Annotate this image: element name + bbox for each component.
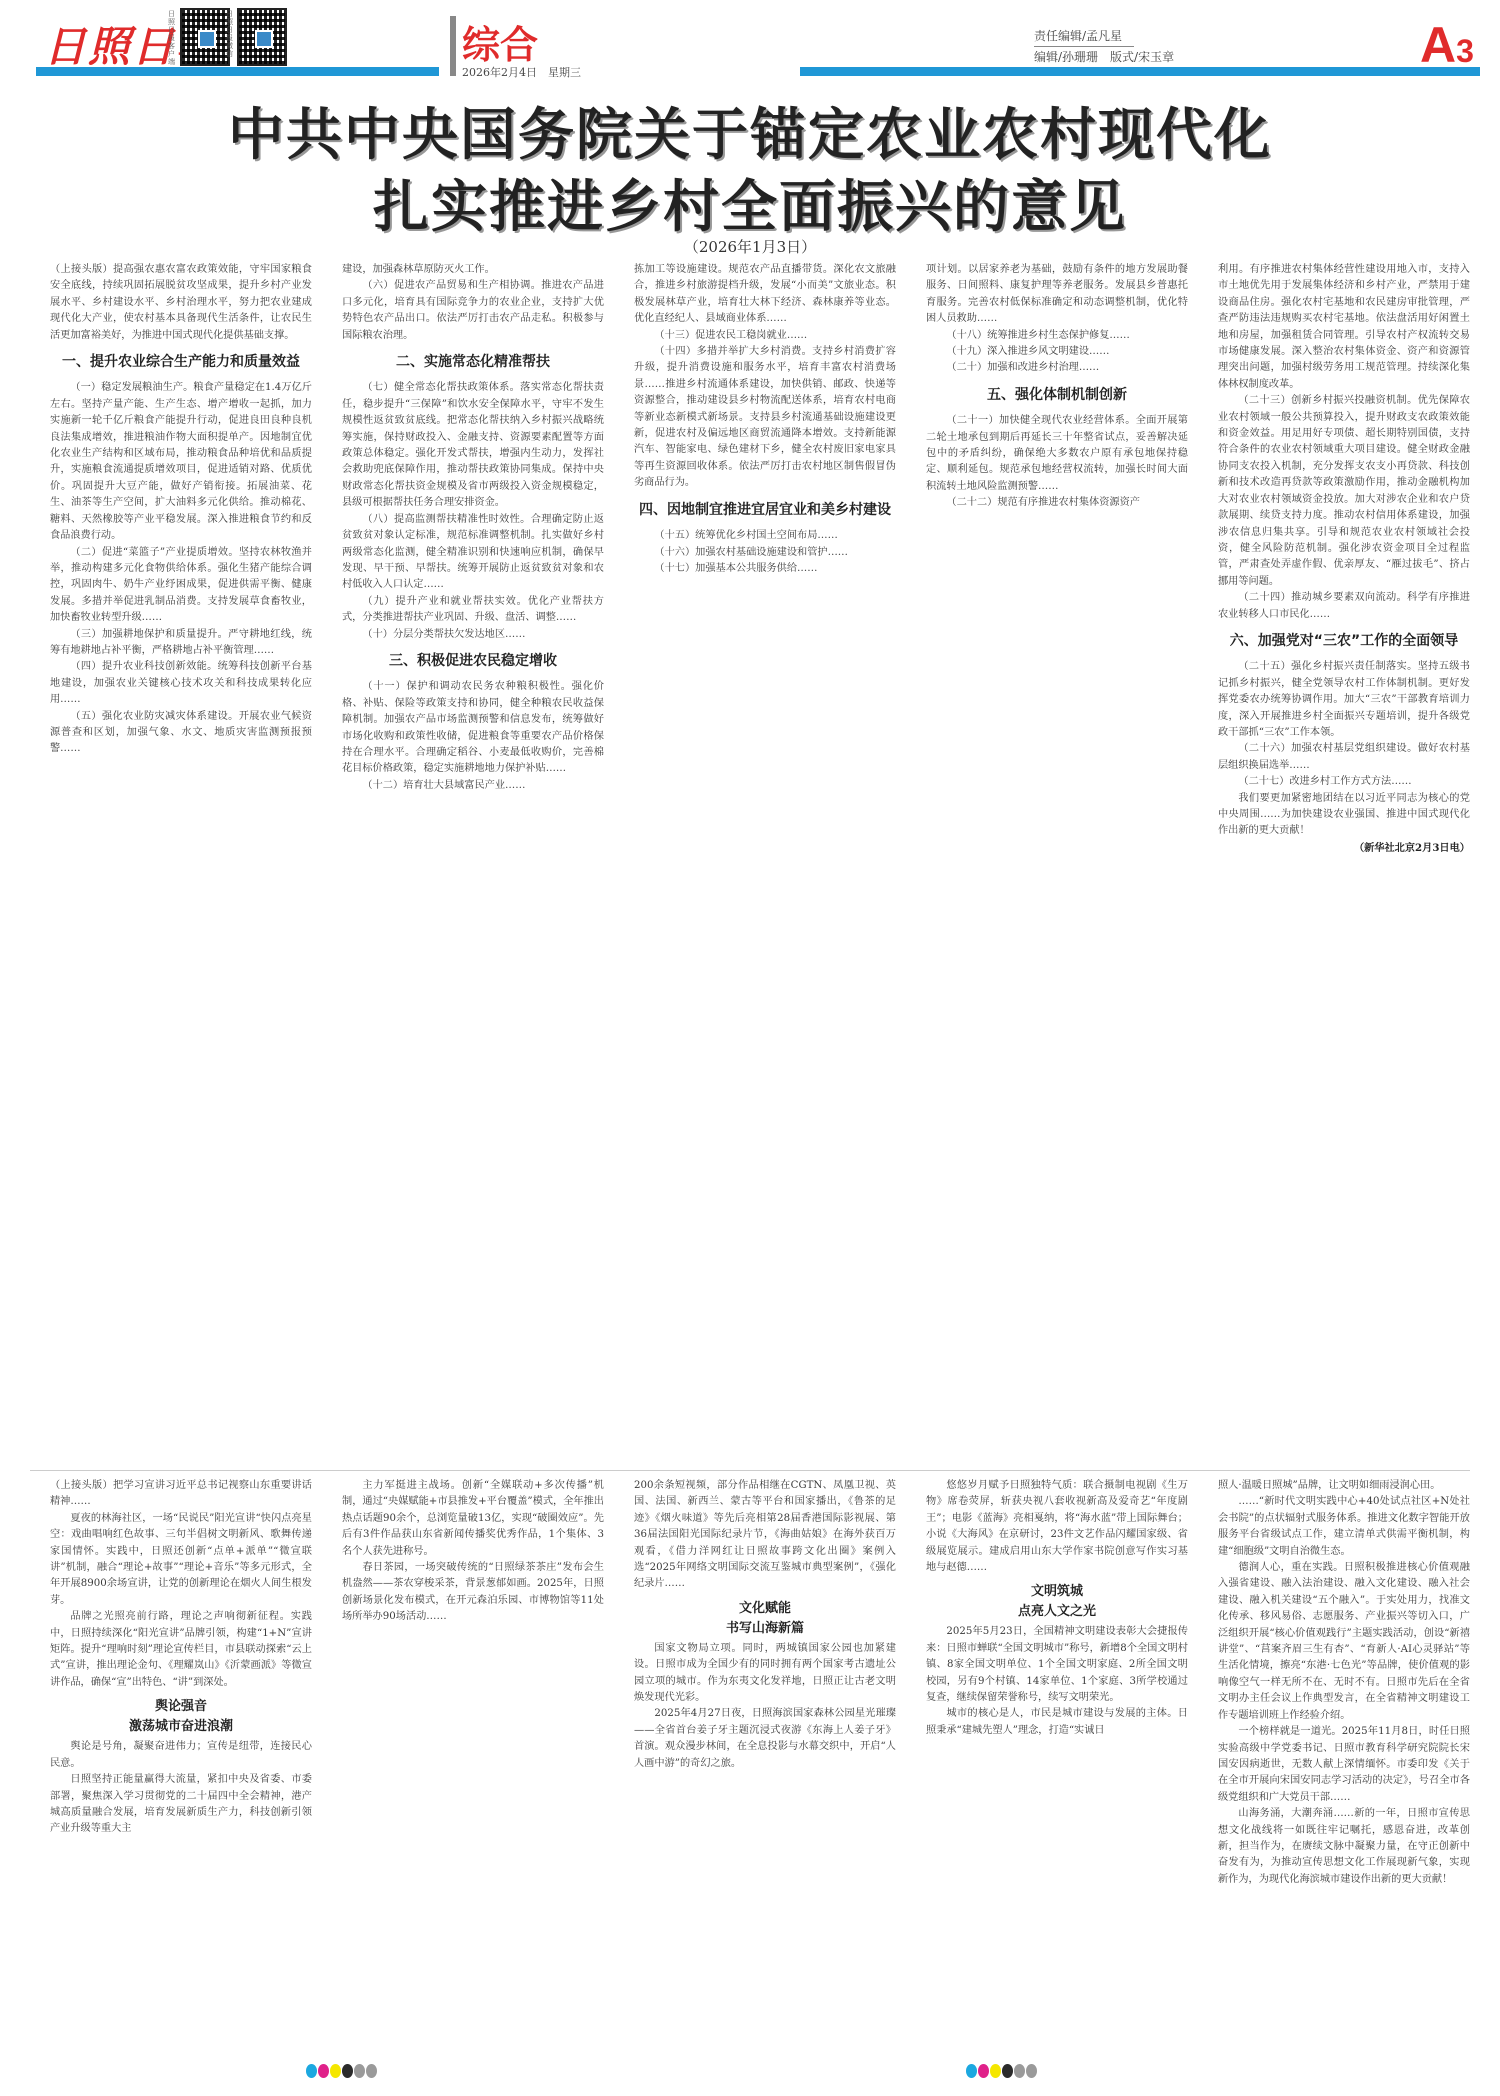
lower-column-4: 悠悠岁月赋予日照独特气质：联合摄制电视剧《生万物》席卷荧屏，斩获央视八套收视新高… xyxy=(926,1478,1188,2048)
section-heading: 四、因地制宜推进宜居宜业和美乡村建设 xyxy=(634,502,896,518)
page-number: A3 xyxy=(1420,16,1474,74)
lower-column-5: 照人·温暖日照城”品牌，让文明如细雨浸润心田。 ……“新时代文明实践中心+40处… xyxy=(1218,1478,1470,2048)
article-column-2: 建设，加强森林草原防灭火工作。 （六）促进农产品贸易和生产相协调。推进农产品进口… xyxy=(342,262,604,1462)
section-heading: 六、加强党对“三农”工作的全面领导 xyxy=(1218,633,1470,649)
section-heading: 二、实施常态化精准帮扶 xyxy=(342,354,604,370)
masthead-bar-right xyxy=(800,67,1480,76)
editors-block: 责任编辑/孟凡星 编辑/孙珊珊 版式/宋玉章 xyxy=(1034,26,1174,67)
qr-label-wechat: 日照日报微信 xyxy=(226,10,236,58)
subheading: 舆论强音激荡城市奋进浪潮 xyxy=(50,1697,312,1737)
editor-in-charge: 责任编辑/孟凡星 xyxy=(1034,26,1134,47)
qr-code-icon[interactable] xyxy=(180,8,230,66)
article-column-3: 拣加工等设施建设。规范农产品直播带货。深化农文旅融合，推进乡村旅游提档升级，发展… xyxy=(634,262,896,1462)
divider xyxy=(450,16,456,76)
subheading: 文化赋能书写山海新篇 xyxy=(634,1599,896,1639)
dateline: （2026年1月3日） xyxy=(0,236,1500,257)
section-heading: 一、提升农业综合生产能力和质量效益 xyxy=(50,354,312,370)
article-column-5: 利用。有序推进农村集体经营性建设用地入市，支持入市土地优先用于发展集体经济和乡村… xyxy=(1218,262,1470,1462)
registration-marks-left xyxy=(306,2064,377,2078)
lower-column-1: （上接头版）把学习宣讲习近平总书记视察山东重要讲话精神…… 夏夜的林海社区，一场… xyxy=(50,1478,312,2048)
article-column-4: 项计划。以居家养老为基础，鼓励有条件的地方发展助餐服务、日间照料、康复护理等养老… xyxy=(926,262,1188,1462)
qr-code-icon[interactable] xyxy=(237,8,287,66)
subheading: 文明筑城点亮人文之光 xyxy=(926,1582,1188,1622)
issue-date: 2026年2月4日 星期三 xyxy=(462,64,581,80)
section-heading: 三、积极促进农民稳定增收 xyxy=(342,653,604,669)
lower-column-3: 200余条短视频，部分作品相继在CGTN、凤凰卫视、英国、法国、新西兰、蒙古等平… xyxy=(634,1478,896,2048)
signoff: （新华社北京2月3日电） xyxy=(1218,840,1470,856)
masthead: 日照日報 日照日报客户端 日照日报微信 综合 2026年2月4日 星期三 责任编… xyxy=(0,0,1500,80)
section-heading: 五、强化体制机制创新 xyxy=(926,387,1188,403)
section-title: 综合 xyxy=(462,14,538,69)
section-divider-rule xyxy=(30,1470,1470,1471)
masthead-bar-left xyxy=(36,67,439,76)
lower-column-2: 主力军挺进主战场。创新“全媒联动+多次传播”机制，通过“央媒赋能+市县推发+平台… xyxy=(342,1478,604,2048)
registration-marks-right xyxy=(966,2064,1037,2078)
headline: 中共中央国务院关于锚定农业农村现代化 扎实推进乡村全面振兴的意见 xyxy=(0,100,1500,244)
qr-label-app: 日照日报客户端 xyxy=(168,10,178,66)
article-column-1: （上接头版）提高强农惠农富农政策效能，守牢国家粮食安全底线，持续巩固拓展脱贫攻坚… xyxy=(50,262,312,1462)
editors: 编辑/孙珊珊 版式/宋玉章 xyxy=(1034,47,1174,67)
